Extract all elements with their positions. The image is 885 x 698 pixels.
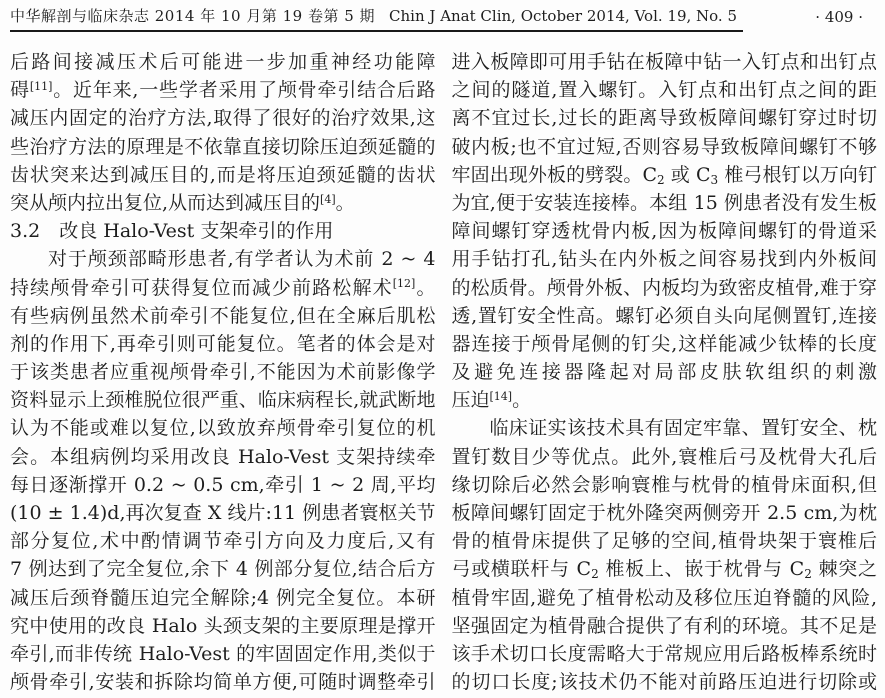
text-line: 为宜,便于安装连接棒。本组 15 例患者没有发生板 [452, 189, 878, 217]
text-line: 认为不能或难以复位,以致放弃颅骨牵引复位的机 [10, 414, 436, 442]
vertebra-subscript: 2 [804, 567, 812, 581]
text-line: 骨的植骨床提供了足够的空间,植骨块架于寰椎后 [452, 527, 878, 555]
text-line: 部分复位,术中酌情调节牵引方向及力度后,又有 [10, 527, 436, 555]
text-line: 减压后颈脊髓压迫完全解除;4 例完全复位。本研 [10, 584, 436, 612]
column-right: 进入板障即可用手钻在板障中钻一入钉点和出钉点之间的隧道,置入螺钉。入钉点和出钉点… [452, 48, 878, 696]
section-heading: 3.2 改良 Halo-Vest 支架牵引的作用 [10, 217, 436, 245]
text-line: 对于颅颈部畸形患者,有学者认为术前 2 ~ 4 周 [10, 245, 436, 273]
column-left: 后路间接减压术后可能进一步加重神经功能障碍[11]。近年来,一些学者采用了颅骨牵… [10, 48, 436, 696]
text-line: 减压内固定的治疗方法,取得了很好的治疗效果,这 [10, 104, 436, 132]
text-line: 剂的作用下,再牵引则可能复位。笔者的体会是对 [10, 330, 436, 358]
text-line: 离不宜过长,过长的距离导致板障间螺钉穿过时切 [452, 104, 878, 132]
text-line: 植骨牢固,避免了植骨松动及移位压迫脊髓的风险, [452, 584, 878, 612]
text-line: 临床证实该技术具有固定牢靠、置钉安全、枕骨 [452, 414, 878, 442]
text-line: (10 ± 1.4)d,再次复查 X 线片:11 例患者寰枢关节 [10, 499, 436, 527]
text-line: 有些病例虽然术前牵引不能复位,但在全麻后肌松 [10, 302, 436, 330]
text-line: 突从颅内拉出复位,从而达到减压目的[4]。 [10, 189, 436, 217]
text-line: 每日逐渐撑开 0.2 ~ 0.5 cm,牵引 1 ~ 2 周,平均 [10, 471, 436, 499]
reference-superscript: [11] [30, 80, 53, 93]
text-line: 齿状突来达到减压目的,而是将压迫颈延髓的齿状 [10, 161, 436, 189]
text-line: 弓或横联杆与 C2 椎板上、嵌于枕骨与 C2 棘突之间, [452, 555, 878, 583]
text-line: 的松质骨。颅骨外板、内板均为致密皮植骨,难于穿 [452, 274, 878, 302]
text-line: 7 例达到了完全复位,余下 4 例部分复位,结合后方 [10, 555, 436, 583]
journal-masthead: 中华解剖与临床杂志 2014 年 10 月第 19 卷第 5 期Chin J A… [10, 7, 743, 32]
page-header: 中华解剖与临床杂志 2014 年 10 月第 19 卷第 5 期Chin J A… [10, 7, 877, 32]
text-line: 资料显示上颈椎脱位很严重、临床病程长,就武断地 [10, 386, 436, 414]
text-line: 板障间螺钉固定于枕外隆突两侧旁开 2.5 cm,为枕 [452, 499, 878, 527]
text-line: 究中使用的改良 Halo 头颈支架的主要原理是撑开 [10, 612, 436, 640]
text-line: 之间的隧道,置入螺钉。入钉点和出钉点之间的距 [452, 76, 878, 104]
reference-superscript: [4] [320, 193, 336, 206]
text-line: 坚强固定为植骨融合提供了有利的环境。其不足是 [452, 612, 878, 640]
text-line: 些治疗方法的原理是不依靠直接切除压迫颈延髓的 [10, 133, 436, 161]
text-line: 及避免连接器隆起对局部皮肤软组织的刺激 [452, 358, 878, 386]
reference-superscript: [12] [393, 277, 416, 290]
text-line: 缘切除后必然会影响寰椎与枕骨的植骨床面积,但 [452, 471, 878, 499]
text-line: 器连接于颅骨尾侧的钉尖,这样能减少钛棒的长度 [452, 330, 878, 358]
page-number: · 409 · [815, 7, 877, 27]
vertebra-subscript: 2 [591, 567, 599, 581]
text-line: 压迫[14]。 [452, 386, 878, 414]
journal-title-cn: 中华解剖与临床杂志 2014 年 10 月第 19 卷第 5 期 [10, 7, 375, 25]
reference-superscript: [14] [490, 390, 513, 403]
text-line: 进入板障即可用手钻在板障中钻一入钉点和出钉点 [452, 48, 878, 76]
text-line: 牵引,而非传统 Halo-Vest 的牢固固定作用,类似于 [10, 640, 436, 668]
text-line: 碍[11]。近年来,一些学者采用了颅骨牵引结合后路 [10, 76, 436, 104]
text-line: 持续颅骨牵引可获得复位而减少前路松解术[12]。 [10, 274, 436, 302]
vertebra-subscript: 2 [657, 173, 665, 187]
text-line: 该手术切口长度需略大于常规应用后路板棒系统时 [452, 640, 878, 668]
text-line: 会。本组病例均采用改良 Halo-Vest 支架持续牵引, [10, 443, 436, 471]
text-line: 破内板;也不宜过短,否则容易导致板障间螺钉不够 [452, 133, 878, 161]
text-line: 透,置钉安全性高。螺钉必须自头向尾侧置钉,连接 [452, 302, 878, 330]
text-line: 置钉数目少等优点。此外,寰椎后弓及枕骨大孔后 [452, 443, 878, 471]
vertebra-subscript: 3 [711, 173, 719, 187]
article-body: 后路间接减压术后可能进一步加重神经功能障碍[11]。近年来,一些学者采用了颅骨牵… [10, 48, 877, 696]
text-line: 障间螺钉穿透枕骨内板,因为板障间螺钉的骨道采 [452, 217, 878, 245]
text-line: 牢固出现外板的劈裂。C2 或 C3 椎弓根钉以万向钉 [452, 161, 878, 189]
text-line: 后路间接减压术后可能进一步加重神经功能障 [10, 48, 436, 76]
text-line: 于该类患者应重视颅骨牵引,不能因为术前影像学 [10, 358, 436, 386]
journal-page: 中华解剖与临床杂志 2014 年 10 月第 19 卷第 5 期Chin J A… [0, 0, 885, 698]
journal-title-en: Chin J Anat Clin, October 2014, Vol. 19,… [389, 7, 737, 25]
text-line: 的切口长度;该技术仍不能对前路压迫进行切除或 [452, 668, 878, 696]
text-line: 颅骨牵引,安装和拆除均简单方便,可随时调整牵引 [10, 668, 436, 696]
text-line: 用手钻打孔,钻头在内外板之间容易找到内外板间 [452, 245, 878, 273]
